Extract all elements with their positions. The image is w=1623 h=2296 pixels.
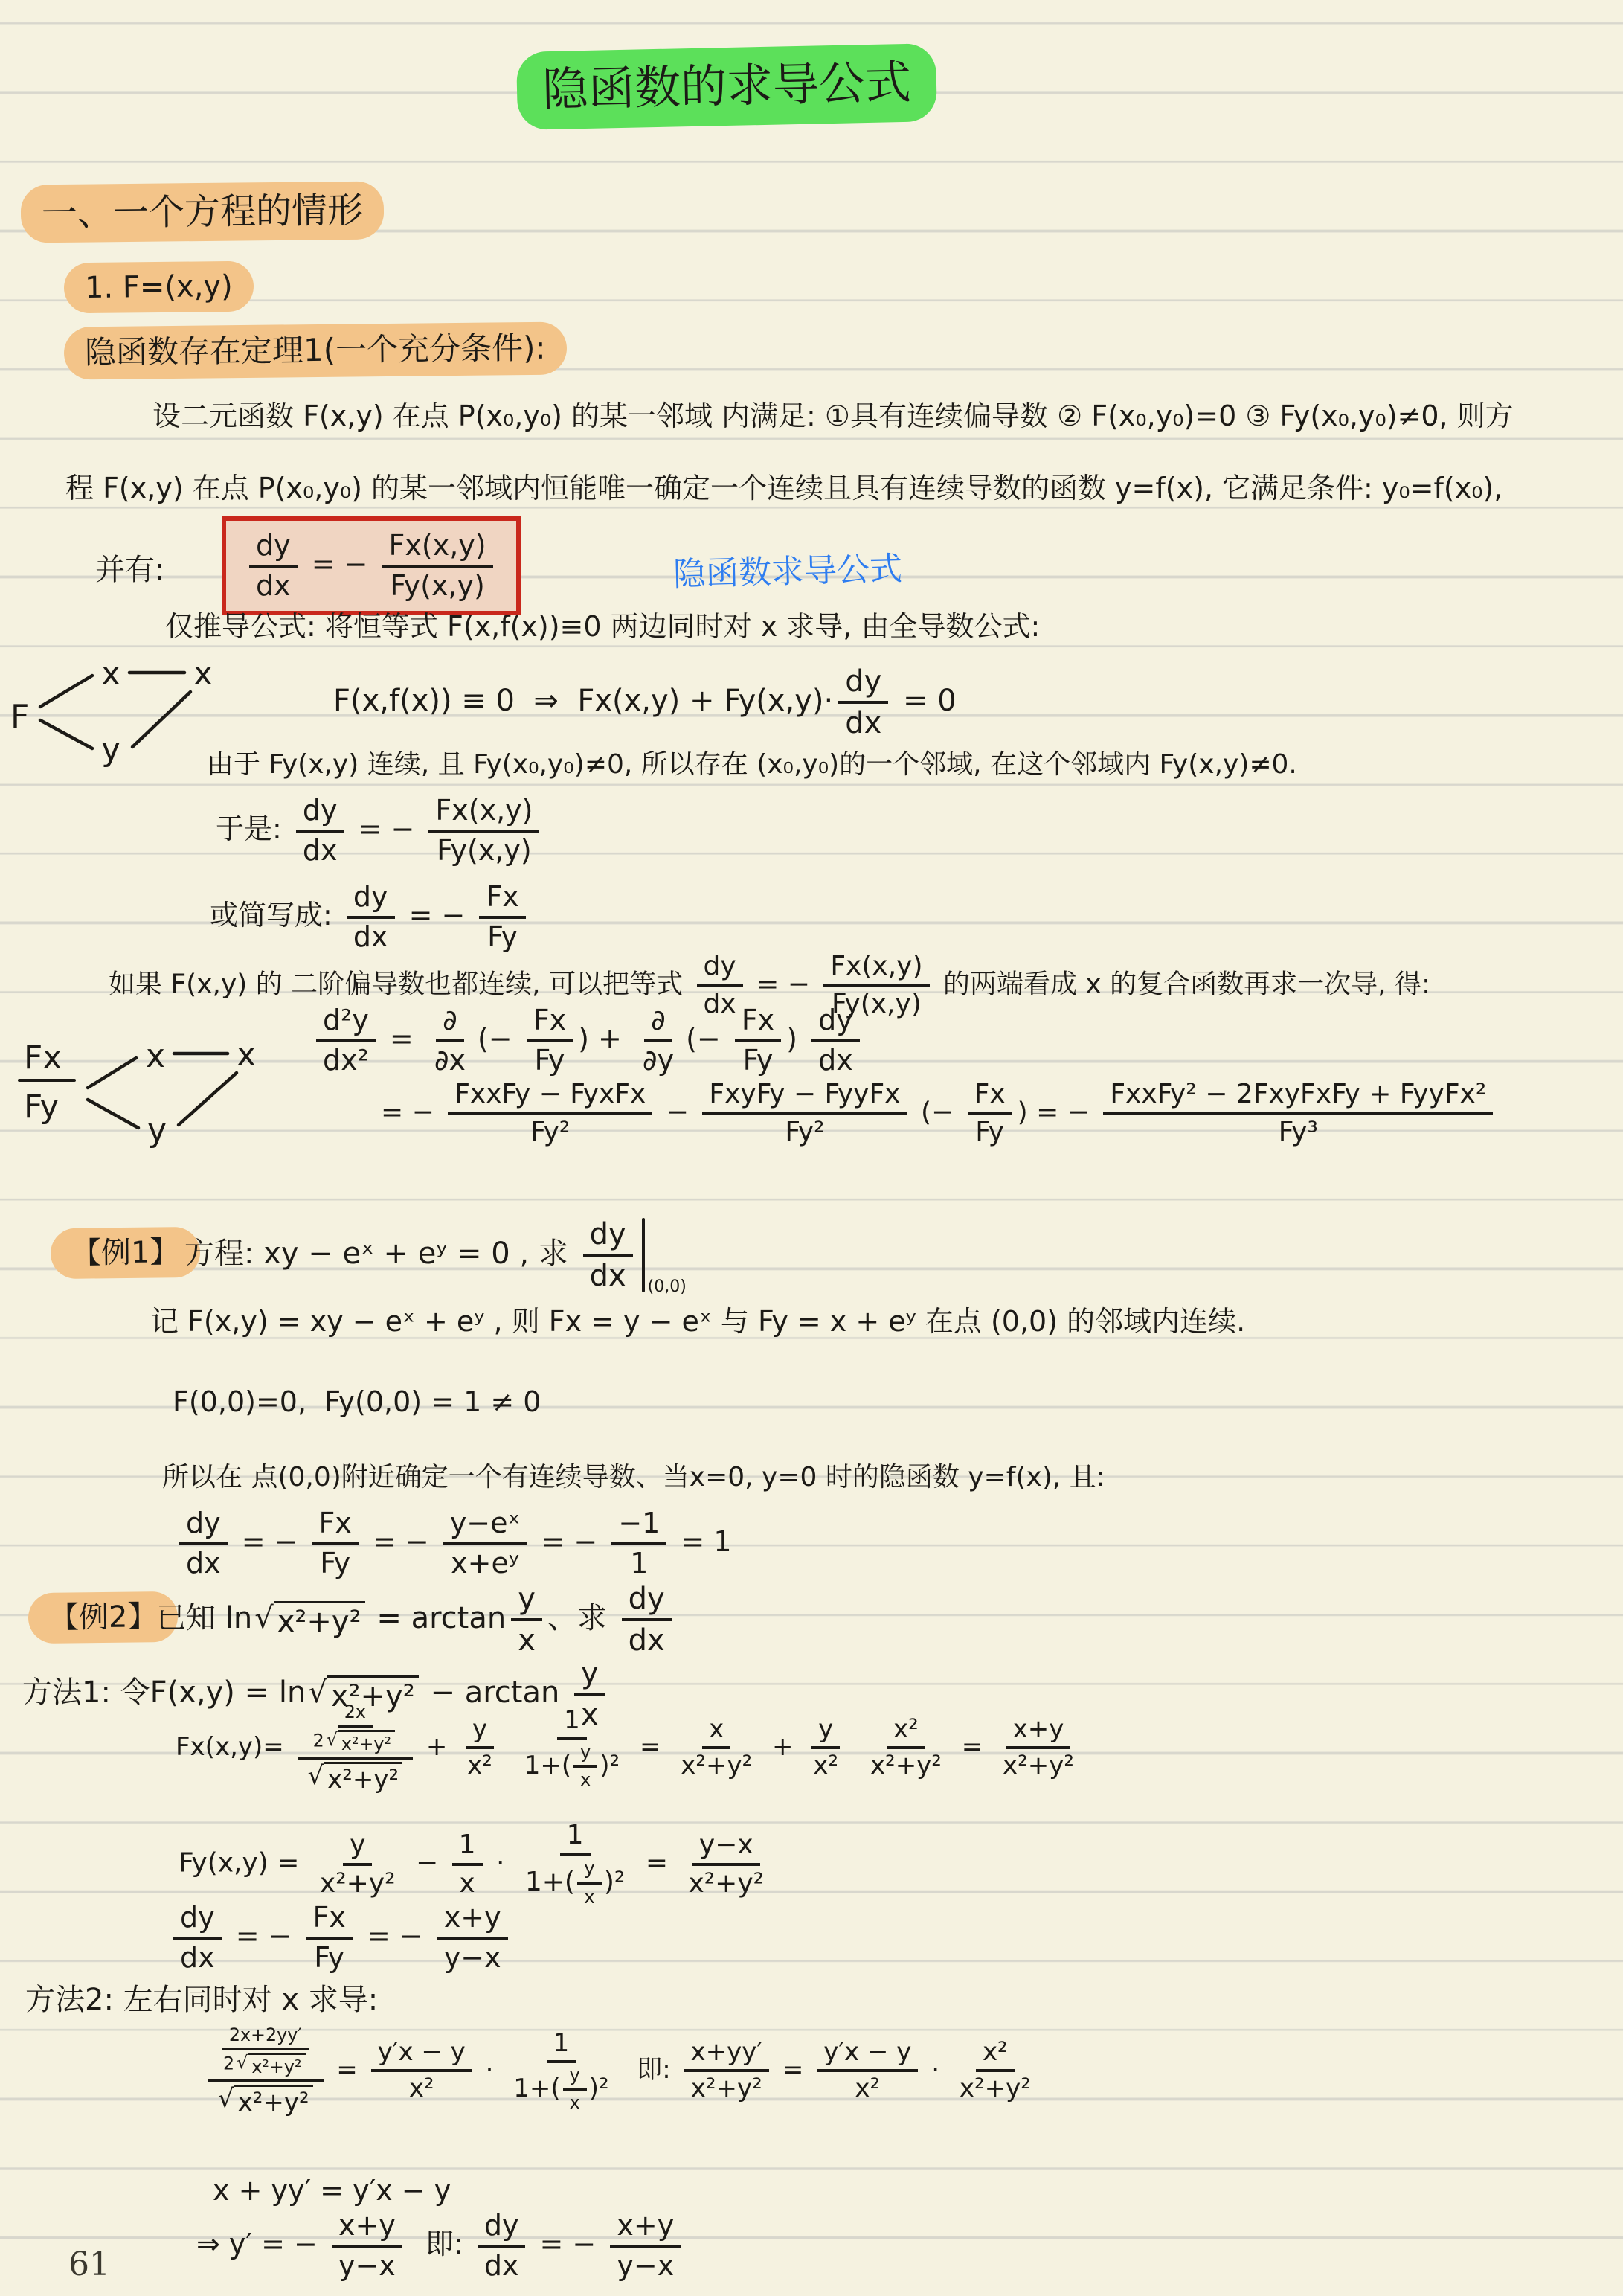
denominator: dx (838, 704, 888, 740)
numerator: y′x − y (817, 2038, 918, 2072)
denominator: 1 (623, 1545, 655, 1580)
math-text: y (472, 1714, 487, 1744)
math-text: · (478, 2055, 501, 2085)
sqrt-radical: √x²+y² (237, 2053, 305, 2077)
math-text: = − (748, 969, 819, 999)
fraction: dydx (811, 1004, 860, 1077)
math-text (504, 1732, 512, 1762)
math-text: Fx(x,y) (435, 794, 533, 827)
math-text: 1. F=(x,y) (85, 269, 233, 305)
denominator: x²+y² (953, 2072, 1038, 2103)
math-text: )² (600, 1751, 620, 1780)
math-text: 所以在 点(0,0)附近确定一个有连续导数、当x=0, y=0 时的隐函数 y=… (162, 1462, 1105, 1492)
math-text: 一、一个方程的情形 (42, 190, 364, 235)
math-text: ) = − (1018, 1097, 1099, 1127)
math-text: Fy (743, 1044, 774, 1077)
tree-branch-line (40, 676, 92, 707)
numerator: FxxFy² − 2FxyFxFy + FyyFx² (1103, 1079, 1493, 1115)
denominator: y−x (332, 2248, 402, 2283)
math-text: − (658, 1097, 697, 1127)
math-text: x²+y² (688, 1868, 764, 1899)
math-text: Fx (974, 1079, 1006, 1109)
math-text: x²+y² (960, 2074, 1031, 2103)
fraction: dydx (478, 2210, 526, 2282)
numerator: y (466, 1715, 494, 1749)
math-text: = arctan (367, 1601, 507, 1635)
denominator: dx (811, 1042, 860, 1077)
evaluation-bar: (0,0) (642, 1218, 687, 1292)
numerator: Fx (968, 1079, 1012, 1115)
math-text: x² (409, 2074, 434, 2103)
tree-2-bottom-label: y (147, 1112, 167, 1149)
fraction: 1x (452, 1830, 483, 1899)
math-text: x²+y² (1003, 1751, 1074, 1780)
math-text: = (774, 2055, 811, 2085)
math-text: (− (686, 1022, 730, 1055)
math-text: Fx (313, 1901, 346, 1934)
math-text: dy (180, 1901, 215, 1934)
math-text: Fx (319, 1507, 352, 1539)
fraction: 2x2√x²+y²√x²+y² (298, 1702, 414, 1794)
math-text: 隐函数存在定理1(一个充分条件): (85, 330, 546, 371)
math-text: y′x − y (378, 2037, 466, 2067)
method-1-fy: Fy(x,y) = yx²+y² − 1x · 11+(yx)² = y−xx²… (179, 1820, 776, 1908)
math-text: x (518, 1623, 536, 1658)
math-text: 1+( (513, 2074, 560, 2103)
tree-branch-line (88, 1058, 136, 1088)
math-text: ∂y (643, 1044, 674, 1077)
math-text: 即: (408, 2228, 472, 2260)
math-text: = (631, 1732, 669, 1762)
numerator: −1 (611, 1507, 666, 1545)
fraction: 11+(yx)² (507, 2029, 615, 2114)
math-text: 1 (564, 1705, 580, 1735)
theorem-heading: 隐函数存在定理1(一个充分条件): (64, 321, 567, 379)
fraction: 11+(yx)² (518, 1706, 626, 1791)
fraction: y′x − yx² (371, 2038, 472, 2103)
theorem-body-line-2: 程 F(x,y) 在点 P(x₀,y₀) 的某一邻域内恒能唯一确定一个连续且具有… (65, 470, 1503, 507)
numerator: x+y (1006, 1715, 1071, 1749)
math-text: 2 (223, 2053, 234, 2074)
fraction: yx (563, 2065, 587, 2114)
fraction: FxFy (312, 1507, 359, 1580)
fraction: FxFy (968, 1079, 1012, 1148)
fraction: −11 (611, 1507, 666, 1580)
math-text: 由于 Fy(x,y) 连续, 且 Fy(x₀,y₀)≠0, 所以存在 (x₀,y… (207, 749, 1297, 780)
math-text: y−x (699, 1830, 753, 1860)
fraction: yx² (460, 1715, 499, 1780)
math-text: 或简写成: (210, 899, 341, 931)
denominator: 1+(yx)² (507, 2063, 615, 2114)
math-text: 2x+2yy′ (229, 2024, 302, 2045)
denominator: 2√x²+y² (216, 2050, 315, 2077)
implicit-derivative-formula-box: dydx = − Fx(x,y)Fy(x,y) (222, 516, 521, 615)
fraction: FxFy (527, 1004, 573, 1077)
tree-2-numerator-label: Fx (24, 1039, 62, 1077)
math-text: FxxFy² − 2FxyFxFy + FyyFx² (1110, 1079, 1486, 1109)
numerator: d²y (316, 1004, 376, 1042)
math-text: dy (818, 1004, 853, 1036)
tree-2-top2-label: x (237, 1036, 256, 1074)
numerator: 2x+2yy′2√x²+y² (208, 2025, 324, 2082)
math-text: dx (180, 1941, 215, 1974)
math-text: Fy (320, 1547, 350, 1580)
radical-sign: √ (254, 1601, 274, 1635)
fraction: y′x − yx² (817, 2038, 918, 2103)
math-text: = 1 (672, 1525, 731, 1558)
math-text: x² (893, 1714, 919, 1744)
numerator: x² (976, 2038, 1015, 2072)
fraction: FxyFy − FyyFxFy² (702, 1079, 907, 1148)
math-text: 即: (621, 2055, 679, 2085)
math-text: 设二元函数 F(x,y) 在点 P(x₀,y₀) 的某一邻域 内满足: ①具有连… (152, 400, 1514, 432)
numerator: y (577, 1858, 602, 1885)
math-text: = (637, 1848, 676, 1879)
math-text: 1 (459, 1830, 476, 1860)
math-text: Fy (487, 920, 518, 953)
example-1-problem: 方程: xy − eˣ + eʸ = 0 , 求 dydx(0,0) (184, 1217, 687, 1293)
denominator: dx (296, 833, 344, 868)
math-text: (− (913, 1097, 962, 1127)
fraction: 2x2√x²+y² (306, 1702, 405, 1754)
fraction: FxFy (306, 1902, 353, 1974)
numerator: dy (173, 1902, 222, 1940)
math-text: 1 (567, 1820, 584, 1850)
math-text: = − (233, 1525, 307, 1558)
math-text: x+eʸ (451, 1547, 519, 1580)
denominator: x²+y² (864, 1749, 948, 1780)
math-text: (− (478, 1022, 521, 1055)
numerator: ∂ (436, 1004, 464, 1042)
math-text: x+y (617, 2209, 674, 2242)
fraction: ∂∂y (636, 1004, 681, 1077)
fraction: y−xx²+y² (681, 1830, 771, 1899)
denominator: Fy (736, 1042, 780, 1077)
fraction: dydx (296, 795, 344, 867)
numerator: dy (838, 664, 888, 704)
math-text: 方程: xy − eˣ + eʸ = 0 , 求 (184, 1237, 578, 1271)
math-text: Fy² (530, 1117, 570, 1147)
second-derivative-eq-1: d²ydx² = ∂∂x(− FxFy) + ∂∂y(− FxFy) dydx (311, 1004, 865, 1077)
math-text: dy (704, 951, 736, 981)
math-text: dx (256, 569, 291, 602)
math-text: = − (350, 812, 424, 845)
math-text: x² (855, 2074, 880, 2103)
fraction: dydx (622, 1582, 672, 1658)
math-text: x+y (338, 2209, 396, 2242)
math-text: Fx(x,y) (830, 951, 922, 981)
numerator: Fx(x,y) (823, 951, 929, 987)
fraction: xx²+y² (674, 1715, 759, 1780)
numerator: dy (697, 951, 743, 987)
math-text: x (459, 1868, 475, 1899)
math-text: ) (786, 1022, 806, 1055)
math-text: ⇒ y′ = − (196, 2228, 327, 2260)
math-text: dx (353, 920, 388, 953)
tree-branch-line (88, 1100, 138, 1128)
math-text: x (580, 1769, 591, 1790)
tree-branch-line (179, 1073, 237, 1125)
denominator: 2√x²+y² (306, 1728, 405, 1754)
numerator: dy (347, 881, 395, 919)
math-text: ∂ (651, 1004, 666, 1036)
tree-2-top-label: x (146, 1037, 165, 1075)
math-text: Fx (742, 1004, 774, 1036)
math-text: FxxFy − FyxFx (454, 1079, 646, 1109)
numerator: x+y (437, 1902, 508, 1940)
numerator: y (563, 2065, 587, 2091)
math-text: dy (845, 664, 881, 699)
math-text: x² (467, 1751, 492, 1780)
section-1-heading: 一、一个方程的情形 (21, 181, 385, 243)
derivation-note: 由于 Fy(x,y) 连续, 且 Fy(x₀,y₀)≠0, 所以存在 (x₀,y… (207, 748, 1297, 783)
tree-1-top-label: x (101, 655, 120, 693)
fraction: dydx (347, 881, 395, 953)
math-text: 1+( (525, 1867, 575, 1897)
numerator: Fx(x,y) (382, 530, 493, 568)
math-text: 的两端看成 x 的复合函数再求一次导, 得: (935, 969, 1431, 999)
method-2-eq-2: x + yy′ = y′x − y (213, 2172, 451, 2209)
radicand: x²+y² (234, 2085, 313, 2117)
math-text: dy (629, 1582, 665, 1616)
fraction: dydx (838, 664, 888, 740)
example-1-tag: 【例1】 (51, 1227, 201, 1279)
denominator: √x²+y² (298, 1760, 411, 1794)
numerator: Fx (312, 1507, 359, 1545)
math-text: dx (629, 1623, 665, 1658)
denominator: x²+y² (674, 1749, 759, 1780)
denominator: dx (249, 568, 298, 603)
math-text: dx (818, 1044, 853, 1077)
numerator: x² (887, 1715, 925, 1749)
fraction: x+yy−x (332, 2210, 402, 2282)
denominator: x+eʸ (444, 1545, 526, 1580)
numerator: 1 (560, 1820, 591, 1856)
math-text: = − (364, 1525, 438, 1558)
fraction: d²ydx² (316, 1004, 376, 1077)
math-text: 方法2: 左右同时对 x 求导: (25, 1983, 378, 2017)
fraction: FxxFy − FyxFxFy² (448, 1079, 652, 1148)
math-text: F(0,0)=0, Fy(0,0) = 1 ≠ 0 (173, 1385, 541, 1418)
sqrt-radical: √x²+y² (327, 1730, 395, 1754)
math-text: dy (484, 2209, 519, 2242)
numerator: x (702, 1715, 730, 1749)
math-text: dx (484, 2249, 519, 2282)
fraction: dydx (179, 1507, 228, 1580)
numerator: Fx (527, 1004, 573, 1042)
fraction: yx (573, 1742, 597, 1791)
math-text: dx (303, 834, 338, 867)
method-1-fx: Fx(x,y)= 2x2√x²+y²√x²+y² + yx² 11+(yx)² … (176, 1702, 1086, 1794)
denominator: x²+y² (996, 1749, 1081, 1780)
math-text: dx (186, 1547, 221, 1580)
numerator: dy (583, 1217, 633, 1257)
fraction: Fx(x,y)Fy(x,y) (428, 795, 539, 867)
denominator: Fy(x,y) (383, 568, 492, 603)
notebook-page: { "page": { "number": "61", "colors": { … (0, 0, 1623, 2296)
math-text: y (350, 1830, 365, 1860)
numerator: Fx (479, 881, 525, 919)
math-text: x²+y² (691, 2074, 762, 2103)
denominator: dx² (316, 1042, 376, 1077)
math-text: Fy² (785, 1117, 824, 1147)
numerator: y−eˣ (443, 1507, 527, 1545)
numerator: y′x − y (371, 2038, 472, 2072)
denominator: ∂x (428, 1042, 472, 1077)
math-text: Fx (486, 880, 518, 913)
math-text: = − (381, 1097, 443, 1127)
math-text: x²+y² (870, 1751, 942, 1780)
denominator: Fy³ (1272, 1115, 1325, 1147)
derivation-eq-1: F(x,f(x)) ≡ 0 ⇒ Fx(x,y) + Fy(x,y)·dydx =… (333, 664, 957, 740)
denominator: ∂y (636, 1042, 681, 1077)
fraction: FxFy (479, 881, 525, 953)
radicand: x²+y² (324, 1762, 402, 1794)
math-text: F(x,f(x)) ≡ 0 ⇒ Fx(x,y) + Fy(x,y)· (333, 684, 833, 718)
math-text: Fx(x,y)= (176, 1732, 292, 1762)
numerator: 2x2√x²+y² (298, 1702, 414, 1760)
math-text: = (954, 1732, 991, 1762)
math-text: y−eˣ (450, 1507, 521, 1539)
denominator: x (577, 1885, 602, 1908)
math-text: 隐函数求导公式 (672, 550, 902, 594)
fraction: FxFy (735, 1004, 781, 1077)
math-text: Fy(x,y) (437, 834, 532, 867)
math-text: 如果 F(x,y) 的 二阶偏导数也都连续, 可以把等式 (109, 969, 692, 999)
numerator: 1 (452, 1830, 483, 1865)
math-text: ∂ (443, 1004, 457, 1036)
method-2-result: ⇒ y′ = − x+yy−x 即: dydx = − x+yy−x (196, 2210, 686, 2282)
math-text: )² (604, 1867, 625, 1897)
subsection-1-heading: 1. F=(x,y) (64, 261, 254, 314)
fraction: dydx (583, 1217, 633, 1293)
math-text: ∂x (434, 1044, 466, 1077)
math-text: FxyFy − FyyFx (709, 1079, 900, 1109)
math-text: + (418, 1732, 455, 1762)
denominator: x² (848, 2072, 887, 2103)
math-text: y′x − y (823, 2037, 911, 2067)
math-text: x+y (444, 1901, 501, 1934)
math-text: − (408, 1848, 447, 1879)
numerator: x+yy′ (684, 2038, 770, 2072)
math-text: )² (589, 2074, 609, 2103)
denominator: Fy² (778, 1115, 831, 1147)
math-text: = (329, 2055, 366, 2085)
math-text: 【例2】 (49, 1600, 158, 1635)
fraction: x²x²+y² (953, 2038, 1038, 2103)
denominator: x² (460, 1749, 499, 1780)
denominator: x (452, 1866, 481, 1899)
denominator: x²+y² (681, 1866, 771, 1899)
fraction: yx²+y² (313, 1830, 402, 1899)
numerator: 2x (338, 1702, 373, 1728)
math-text: = − (400, 899, 475, 931)
denominator: Fy (307, 1940, 351, 1975)
numerator: 1 (557, 1706, 587, 1740)
math-text: y−x (617, 2249, 674, 2282)
numerator: y (573, 1742, 597, 1768)
fraction: yx (577, 1858, 602, 1908)
denominator: Fy(x,y) (430, 833, 539, 868)
denominator: y−x (610, 2248, 681, 2283)
math-text: x+yy′ (691, 2037, 763, 2067)
radical-sign: √ (218, 2085, 234, 2114)
fraction: x+yy′x²+y² (684, 2038, 770, 2103)
math-text: d²y (323, 1004, 369, 1036)
math-text: Fy (975, 1117, 1004, 1147)
denominator: x²+y² (313, 1866, 402, 1899)
page-number: 61 (68, 2245, 110, 2283)
fraction: dydx (173, 1902, 222, 1974)
fraction: Fx(x,y)Fy(x,y) (382, 530, 493, 602)
numerator: dy (811, 1004, 860, 1042)
math-text: y−x (444, 1941, 501, 1974)
second-derivative-eq-2: = − FxxFy − FyxFxFy² − FxyFy − FyyFxFy² … (381, 1079, 1498, 1148)
numerator: y (811, 1715, 840, 1749)
math-text: x + yy′ = y′x − y (213, 2174, 451, 2207)
math-text: Fx (533, 1004, 566, 1036)
radical-sign: √ (237, 2053, 248, 2073)
page-title: 隐函数的求导公式 (516, 43, 937, 129)
denominator: Fy² (524, 1115, 576, 1147)
math-text: y (581, 1656, 599, 1690)
bar-line (642, 1218, 645, 1292)
theorem-body-line-1: 设二元函数 F(x,y) 在点 P(x₀,y₀) 的某一邻域 内满足: ①具有连… (152, 398, 1514, 434)
math-text: y−x (338, 2249, 396, 2282)
math-text: y (818, 1714, 833, 1744)
chain-rule-tree-1: F x x y (4, 653, 257, 765)
math-text: = − (358, 1920, 432, 1952)
math-text: ) + (578, 1022, 631, 1055)
fraction: yx² (806, 1715, 845, 1780)
numerator: FxyFy − FyyFx (702, 1079, 907, 1115)
tree-2-denominator-label: Fy (24, 1088, 59, 1126)
fraction: x+yy−x (610, 2210, 681, 2282)
numerator: y (511, 1582, 542, 1621)
denominator: dx (347, 919, 395, 954)
numerator: x+y (332, 2210, 402, 2248)
example-1-step-1: 记 F(x,y) = xy − eˣ + eʸ , 则 Fx = y − eˣ … (150, 1303, 1245, 1340)
denominator: dx (622, 1621, 672, 1658)
fraction: 2x+2yy′2√x²+y²√x²+y² (208, 2025, 324, 2117)
math-text: dx (590, 1259, 626, 1293)
method-2-heading: 方法2: 左右同时对 x 求导: (25, 1981, 378, 2019)
denominator: Fy (481, 919, 524, 954)
denominator: dx (179, 1545, 228, 1580)
fraction: FxxFy² − 2FxyFxFy + FyyFx²Fy³ (1103, 1079, 1493, 1148)
math-text: = − (303, 548, 377, 580)
denominator: x (573, 1768, 597, 1790)
denominator: dx (173, 1940, 222, 1975)
fraction: x²x²+y² (864, 1715, 948, 1780)
math-text: y (580, 1742, 591, 1763)
math-text: + (764, 1732, 801, 1762)
sqrt-radical: √x²+y² (307, 1762, 402, 1794)
fraction: dydx (249, 530, 298, 602)
radicand: x²+y² (248, 2053, 305, 2077)
denominator: y−x (437, 1940, 508, 1975)
fraction: ∂∂x (428, 1004, 472, 1077)
tree-1-root-label: F (10, 698, 29, 736)
derivation-eq-2: 于是: dydx = − Fx(x,y)Fy(x,y) (216, 795, 544, 867)
denominator: x² (806, 1749, 845, 1780)
method-2-eq-1: 2x+2yy′2√x²+y²√x²+y² = y′x − yx² · 11+(y… (202, 2025, 1043, 2117)
fraction: x+yx²+y² (996, 1715, 1081, 1780)
math-text: Fy³ (1279, 1117, 1318, 1147)
math-text: dy (590, 1217, 626, 1251)
numerator: y−x (692, 1830, 760, 1865)
fraction: yx (511, 1582, 542, 1658)
